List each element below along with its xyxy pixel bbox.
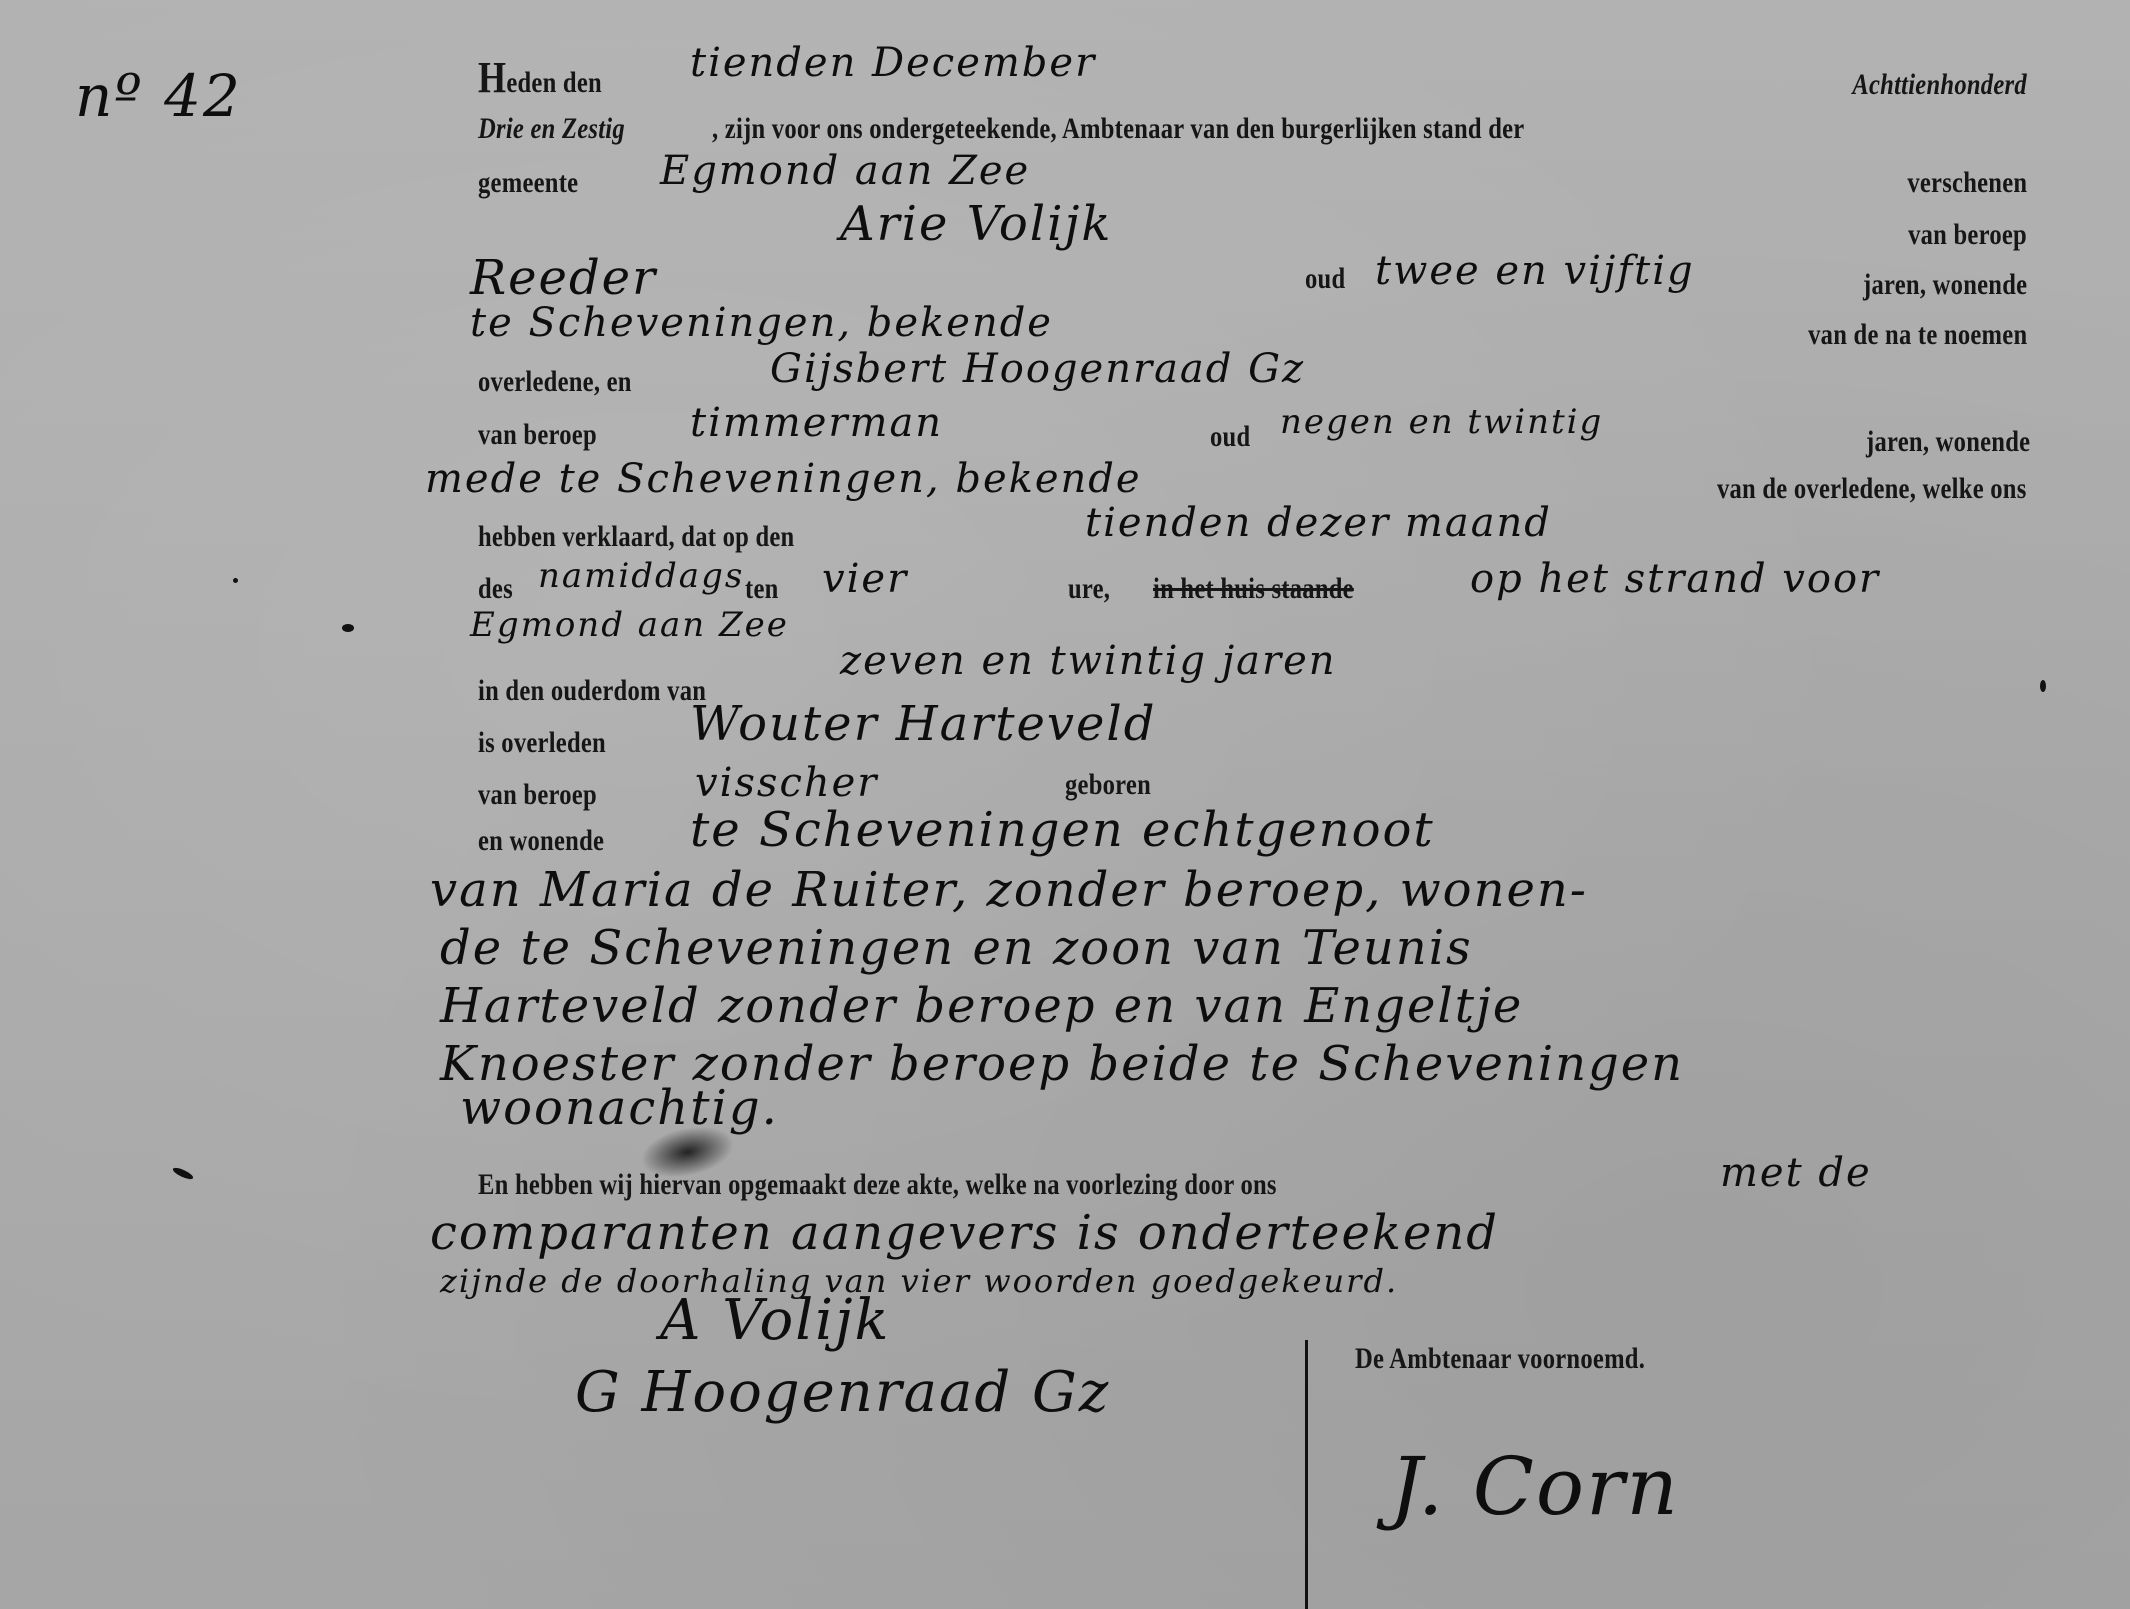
handwritten-age-1: twee en vijftig	[1375, 248, 1695, 294]
handwritten-deceased-name: Wouter Harteveld	[690, 696, 1157, 752]
handwritten-residence-2: mede te Scheveningen, bekende	[425, 456, 1142, 502]
printed-van-de-na-te-noemen: van de na te noemen	[1808, 318, 2027, 352]
printed-van-beroep-3: van beroep	[478, 778, 597, 812]
ink-speck	[342, 624, 354, 632]
printed-de-ambtenaar-voornoemd: De Ambtenaar voornoemd.	[1355, 1342, 1645, 1376]
handwritten-municipality: Egmond aan Zee	[660, 148, 1030, 194]
handwritten-parents-2: Harteveld zonder beroep en van Engeltje	[440, 978, 1523, 1034]
printed-line-2: , zijn voor ons ondergeteekende, Ambtena…	[712, 112, 1524, 146]
printed-en-wonende: en wonende	[478, 824, 604, 858]
handwritten-declarant-2: Gijsbert Hoogenraad Gz	[770, 346, 1305, 392]
handwritten-declarant-1: Arie Volijk	[840, 196, 1112, 252]
scanned-death-record: nº 42 Heden den tienden December Achttie…	[0, 0, 2130, 1609]
handwritten-occupation-1: Reeder	[470, 250, 657, 306]
ink-speck	[172, 1166, 195, 1182]
handwritten-parents-1: de te Scheveningen en zoon van Teunis	[440, 920, 1473, 976]
printed-oud-1: oud	[1305, 262, 1345, 296]
handwritten-signed-by: comparanten aangevers is onderteekend	[430, 1205, 1499, 1261]
printed-ure: ure,	[1068, 572, 1110, 606]
ink-speck	[2040, 680, 2046, 692]
printed-van-beroep-1: van beroep	[1908, 218, 2027, 252]
printed-heden-den: Heden den	[478, 52, 602, 103]
handwritten-day-of-death: tienden dezer maand	[1085, 500, 1552, 546]
printed-hebben-verklaard: hebben verklaard, dat op den	[478, 520, 794, 554]
printed-oud-2: oud	[1210, 420, 1250, 454]
printed-geboren: geboren	[1065, 768, 1151, 802]
handwritten-residence-1: te Scheveningen, bekende	[470, 300, 1053, 346]
handwritten-time-of-day: namiddags	[538, 556, 744, 596]
signature-witness-1: A Volijk	[660, 1288, 890, 1353]
handwritten-place-of-death-cont: Egmond aan Zee	[470, 605, 789, 645]
handwritten-place-of-death: op het strand voor	[1470, 556, 1880, 602]
printed-jaren-wonende-1: jaren, wonende	[1863, 268, 2027, 302]
printed-verschenen: verschenen	[1907, 166, 2027, 200]
handwritten-hour: vier	[822, 556, 908, 602]
printed-overledene-en: overledene, en	[478, 365, 632, 399]
printed-jaren-wonende-2: jaren, wonende	[1866, 425, 2030, 459]
handwritten-deletion-approval: zijnde de doorhaling van vier woorden go…	[440, 1262, 1398, 1300]
printed-closing-sentence: En hebben wij hiervan opgemaakt deze akt…	[478, 1168, 1277, 1202]
printed-is-overleden: is overleden	[478, 726, 606, 760]
handwritten-age-2: negen en twintig	[1280, 402, 1603, 442]
handwritten-occupation-2: timmerman	[690, 400, 943, 446]
signature-official: J. Corn	[1390, 1440, 1680, 1533]
printed-struck-in-het-huis-staande: in het huis staande	[1153, 572, 1354, 606]
signature-divider	[1305, 1340, 1318, 1609]
ink-speck	[233, 578, 238, 583]
signature-witness-2: G Hoogenraad Gz	[575, 1360, 1110, 1425]
printed-des: des	[478, 572, 513, 606]
printed-ten: ten	[745, 572, 779, 606]
handwritten-date: tienden December	[690, 40, 1096, 86]
handwritten-spouse: van Maria de Ruiter, zonder beroep, wone…	[430, 862, 1588, 918]
record-number: nº 42	[75, 62, 242, 130]
printed-in-den-ouderdom-van: in den ouderdom van	[478, 674, 706, 708]
printed-gemeente: gemeente	[478, 166, 578, 200]
handwritten-occupation-deceased: visscher	[695, 760, 878, 806]
printed-drie-en-zestig: Drie en Zestig	[478, 112, 625, 146]
printed-achttienhonderd: Achttienhonderd	[1852, 68, 2027, 102]
printed-van-de-overledene: van de overledene, welke ons	[1717, 472, 2027, 506]
printed-van-beroep-2: van beroep	[478, 418, 597, 452]
handwritten-age-deceased: zeven en twintig jaren	[840, 638, 1337, 684]
handwritten-met-de: met de	[1720, 1150, 1872, 1196]
handwritten-residence-deceased: te Scheveningen echtgenoot	[690, 802, 1435, 858]
